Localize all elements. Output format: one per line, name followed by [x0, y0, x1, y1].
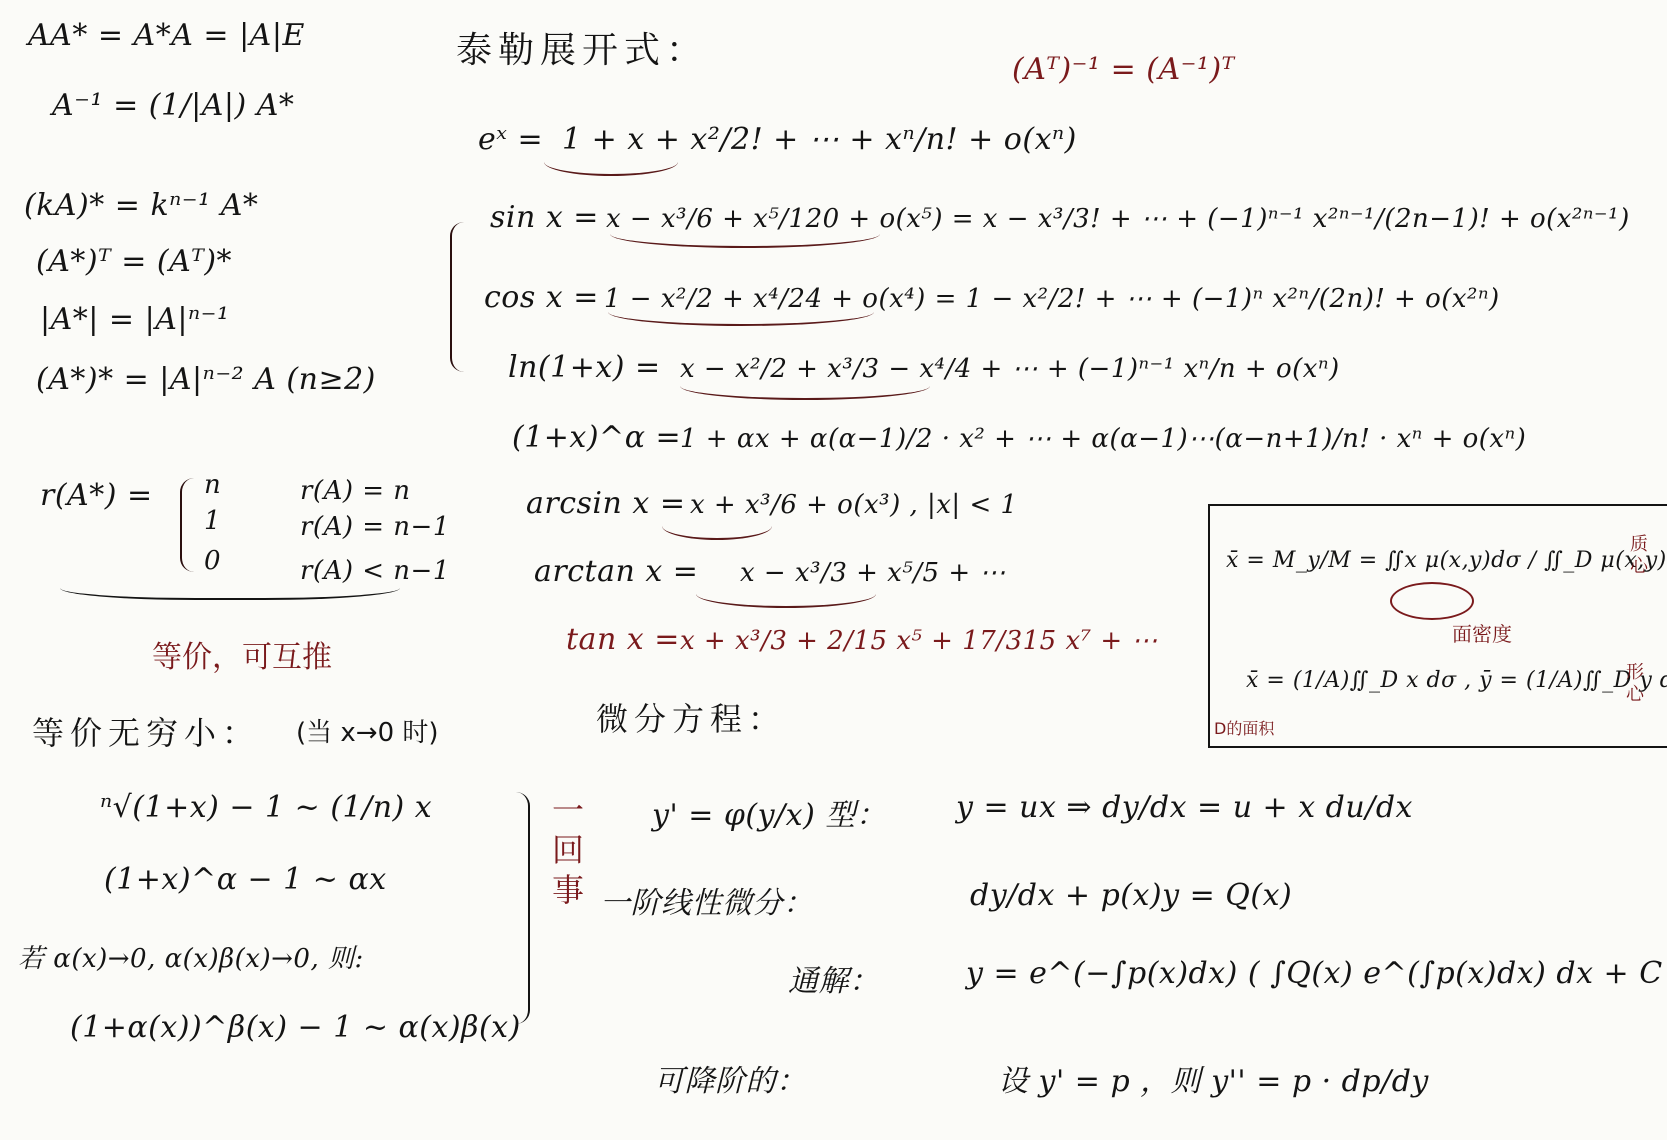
taylor-rhs-ln: x − x²/2 + x³/3 − x⁴/4 + ⋯ + (−1)ⁿ⁻¹ xⁿ/…	[680, 354, 1340, 384]
taylor-rhs-exp: 1 + x + x²/2! + ⋯ + xⁿ/n! + o(xⁿ)	[562, 122, 1077, 157]
centroid-box	[1208, 504, 1667, 748]
equivalent-general: (1+α(x))^β(x) − 1 ~ α(x)β(x)	[70, 1010, 521, 1045]
taylor-lhs-arcsin: arcsin x =	[526, 486, 685, 521]
ode-solution-label: 通解：	[788, 956, 880, 1000]
rank-case-condition: r(A) = n−1	[300, 512, 450, 542]
shape-center-label: 形心	[1626, 662, 1646, 706]
highlight-underline	[610, 234, 880, 248]
rank-case-value: 0	[204, 546, 221, 576]
taylor-lhs-binomial: (1+x)^α =	[512, 420, 681, 455]
rank-note: 等价，可互推	[152, 632, 332, 676]
rank-brace	[180, 478, 196, 572]
equivalent-root: ⁿ√(1+x) − 1 ~ (1/n) x	[100, 790, 432, 825]
adjugate-identity: AA* = A*A = |A|E	[28, 18, 305, 53]
taylor-lhs-sin: sin x =	[490, 200, 599, 235]
density-circle	[1390, 582, 1474, 620]
taylor-title: 泰勒展开式：	[456, 22, 708, 73]
scalar-adjugate: (kA)* = kⁿ⁻¹ A*	[24, 188, 258, 223]
rank-lhs: r(A*) =	[40, 478, 153, 513]
highlight-underline	[696, 594, 876, 608]
taylor-lhs-cos: cos x =	[484, 280, 599, 315]
equivalent-condition: (当 x→0 时)	[296, 712, 439, 749]
rank-case-condition: r(A) = n	[300, 476, 411, 506]
transpose-inverse: (Aᵀ)⁻¹ = (A⁻¹)ᵀ	[1012, 52, 1235, 87]
transpose-adjugate: (A*)ᵀ = (Aᵀ)*	[36, 244, 232, 279]
equivalent-side-note: 一回事	[552, 790, 588, 910]
ode-linear-label: 一阶线性微分：	[600, 878, 814, 922]
ode-title: 微分方程：	[596, 694, 786, 740]
taylor-rhs-cos: 1 − x²/2 + x⁴/24 + o(x⁴) = 1 − x²/2! + ⋯…	[604, 284, 1500, 314]
mass-center-label: 质心	[1630, 534, 1650, 578]
taylor-rhs-tan: x + x³/3 + 2/15 x⁵ + 17/315 x⁷ + ⋯	[680, 626, 1158, 656]
ode-solution-formula: y = e^(−∫p(x)dx) ( ∫Q(x) e^(∫p(x)dx) dx …	[966, 956, 1667, 991]
rank-case-value: 1	[204, 506, 221, 536]
inverse-formula: A⁻¹ = (1/|A|) A*	[52, 88, 294, 123]
highlight-underline	[608, 312, 874, 326]
equivalent-power: (1+x)^α − 1 ~ αx	[104, 862, 387, 897]
highlight-underline	[662, 526, 772, 540]
taylor-lhs-exp: eˣ =	[478, 122, 543, 157]
equivalent-brace	[514, 792, 530, 1024]
mass-center-formula: x̄ = M_y/M = ∬x μ(x,y)dσ / ∬_D μ(x,y)dσ …	[1226, 548, 1667, 573]
adjugate-determinant: |A*| = |A|ⁿ⁻¹	[40, 302, 230, 337]
taylor-rhs-sin: x − x³/6 + x⁵/120 + o(x⁵) = x − x³/3! + …	[606, 204, 1630, 234]
rank-case-condition: r(A) < n−1	[300, 556, 450, 586]
area-label: D的面积	[1214, 716, 1274, 739]
equivalent-title: 等价无穷小：	[32, 708, 260, 754]
rank-underbrace	[60, 588, 400, 600]
taylor-rhs-binomial: 1 + αx + α(α−1)/2 · x² + ⋯ + α(α−1)⋯(α−n…	[680, 424, 1526, 454]
density-label: 面密度	[1452, 618, 1512, 647]
highlight-underline	[544, 162, 678, 176]
ode-reducible-formula: 设 y' = p ，则 y'' = p · dp/dy	[998, 1056, 1429, 1100]
double-adjugate: (A*)* = |A|ⁿ⁻² A (n≥2)	[36, 362, 376, 397]
taylor-rhs-arctan: x − x³/3 + x⁵/5 + ⋯	[740, 558, 1006, 588]
taylor-rhs-arcsin: x + x³/6 + o(x³) , |x| < 1	[690, 490, 1018, 520]
ode-linear-formula: dy/dx + p(x)y = Q(x)	[970, 878, 1292, 913]
ode-homogeneous-formula: y = ux ⇒ dy/dx = u + x du/dx	[956, 790, 1413, 825]
shape-center-formula: x̄ = (1/A)∬_D x dσ , ȳ = (1/A)∬_D y dσ	[1246, 668, 1667, 693]
taylor-lhs-tan: tan x =	[566, 622, 680, 657]
highlight-underline	[680, 386, 930, 400]
taylor-lhs-ln: ln(1+x) =	[508, 350, 661, 385]
trig-brace	[450, 222, 466, 372]
taylor-lhs-arctan: arctan x =	[534, 554, 698, 589]
equivalent-if-clause: 若 α(x)→0, α(x)β(x)→0, 则:	[18, 938, 364, 975]
ode-homogeneous-label: y' = φ(y/x) 型：	[652, 790, 886, 834]
ode-reducible-label: 可降阶的：	[654, 1056, 807, 1100]
rank-case-value: n	[204, 470, 221, 500]
